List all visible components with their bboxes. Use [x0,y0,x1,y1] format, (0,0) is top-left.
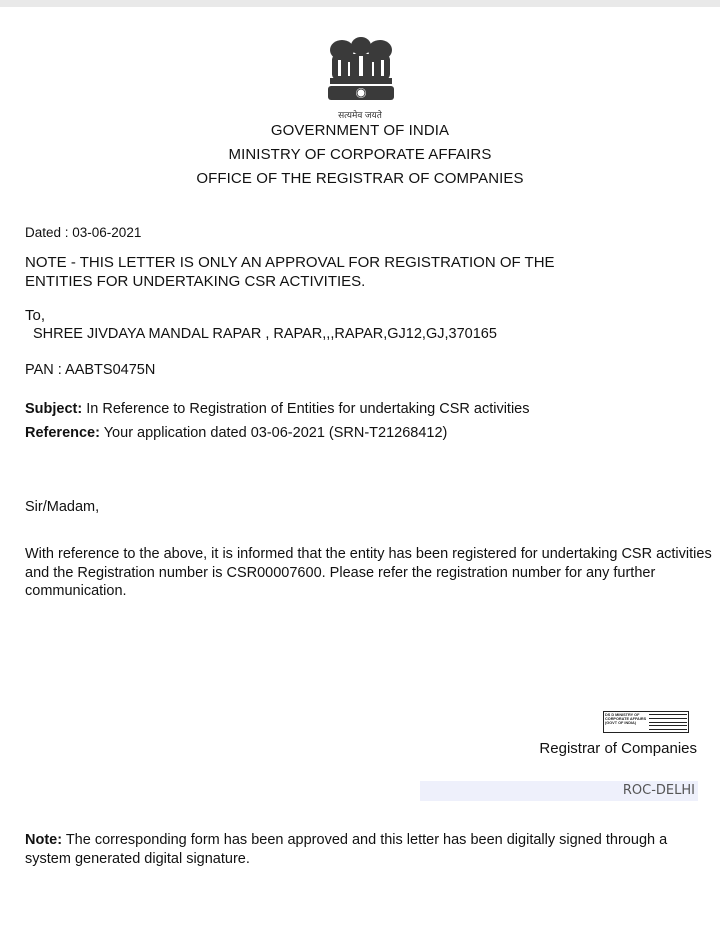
to-label: To, [25,307,45,324]
approval-note-line1: NOTE - THIS LETTER IS ONLY AN APPROVAL F… [25,253,555,272]
subject-line: Subject: In Reference to Registration of… [25,401,530,417]
subject-label: Subject: [25,401,82,417]
emblem-motto: सत्यमेव जयते [0,108,720,121]
roc-office: ROC-DELHI [420,781,698,801]
recipient-address: SHREE JIVDAYA MANDAL RAPAR , RAPAR,,,RAP… [33,326,497,342]
digital-signature-stamp: DS D MINISTRY OF CORPORATE AFFAIRS (GOVT… [603,711,689,733]
approval-note: NOTE - THIS LETTER IS ONLY AN APPROVAL F… [25,253,555,291]
top-strip [0,0,720,7]
subject-text: In Reference to Registration of Entities… [82,401,529,417]
reference-label: Reference: [25,425,100,441]
reference-text: Your application dated 03-06-2021 (SRN-T… [100,425,447,441]
signature-stamp-lines [648,712,688,732]
salutation: Sir/Madam, [25,499,99,515]
footer-note-label: Note: [25,832,62,848]
footer-note-text: The corresponding form has been approved… [25,832,667,867]
signature-stamp-text: DS D MINISTRY OF CORPORATE AFFAIRS (GOVT… [604,712,648,732]
pan-number: PAN : AABTS0475N [25,362,155,378]
reference-line: Reference: Your application dated 03-06-… [25,425,447,441]
letter-body: With reference to the above, it is infor… [25,545,715,601]
letter-date: Dated : 03-06-2021 [25,225,141,240]
header-office: OFFICE OF THE REGISTRAR OF COMPANIES [0,170,720,187]
registrar-title: Registrar of Companies [539,740,697,757]
header-government: GOVERNMENT OF INDIA [0,122,720,139]
header-ministry: MINISTRY OF CORPORATE AFFAIRS [0,146,720,163]
national-emblem-icon [318,26,404,118]
footer-note: Note: The corresponding form has been ap… [25,831,715,868]
approval-note-line2: ENTITIES FOR UNDERTAKING CSR ACTIVITIES. [25,272,555,291]
